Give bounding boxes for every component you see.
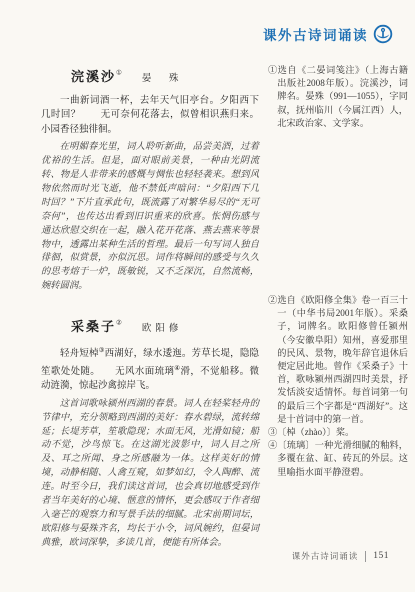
anchor-badge-icon [373,24,393,44]
poem2-title-row: 采桑子② 欧阳修 [41,316,259,336]
poem2-commentary: 这首词歌咏颍州西湖的春景。词人在轻桨轻舟的节律中，充分领略到西湖的美好：春水碧绿… [41,398,259,551]
poem1-title-row: 浣溪沙① 晏 殊 [41,66,259,86]
margin-note-3: ③〔棹（zhào）〕桨。 [268,426,408,439]
footer-section-label: 课外古诗词诵读 [292,550,359,562]
textbook-page: 课外古诗词诵读 浣溪沙① 晏 殊 一曲新词酒一杯，去年天气旧亭台。夕阳西下几时回… [0,0,415,592]
poem1-commentary: 在明媚春光里，词人聆听新曲，品尝美酒，过着优裕的生活。但是，面对眼前美景，一种由… [41,141,259,294]
note-block-2: ②选自《欧阳修全集》卷一百三十一（中华书局2001年版）。采桑子，词牌名。欧阳修… [268,294,408,479]
poem1-text: 一曲新词酒一杯，去年天气旧亭台。夕阳西下几时回？ 无可奈何花落去，似曾相识燕归来… [41,94,259,137]
poem1-title: 浣溪沙 [71,69,116,84]
footer-divider [365,551,366,562]
poem1-author: 晏 殊 [142,74,183,84]
poem2-title: 采桑子 [71,319,116,334]
note-block-1: ①选自《二晏词笺注》（上海古籍出版社2008年版）。浣溪沙，词牌名。晏殊（991… [268,64,408,130]
poem2-footnote-ref: ② [116,320,122,327]
poem2-text: 轻舟短棹③西湖好，绿水逶迤。芳草长堤，隐隐笙歌处处随。 无风水面琉璃④滑，不觉船… [41,344,259,394]
poem2-text-seg1: 轻舟短棹 [60,349,99,359]
margin-note-1: ①选自《二晏词笺注》（上海古籍出版社2008年版）。浣溪沙，词牌名。晏殊（991… [268,64,408,130]
main-text-column: 浣溪沙① 晏 殊 一曲新词酒一杯，去年天气旧亭台。夕阳西下几时回？ 无可奈何花落… [41,60,259,551]
page-number: 151 [373,551,389,561]
section-title: 课外古诗词诵读 [263,24,368,44]
page-header: 课外古诗词诵读 [263,24,393,44]
margin-note-2: ②选自《欧阳修全集》卷一百三十一（中华书局2001年版）。采桑子，词牌名。欧阳修… [268,294,408,426]
poem1-footnote-ref: ① [116,70,122,77]
margin-note-4: ④〔琉璃〕一种光滑细腻的釉料，多覆在盆、缸、砖瓦的外层。这里喻指水面平静澄碧。 [268,439,408,479]
poem2-author: 欧阳修 [142,324,183,334]
page-footer: 课外古诗词诵读 151 [292,550,389,562]
